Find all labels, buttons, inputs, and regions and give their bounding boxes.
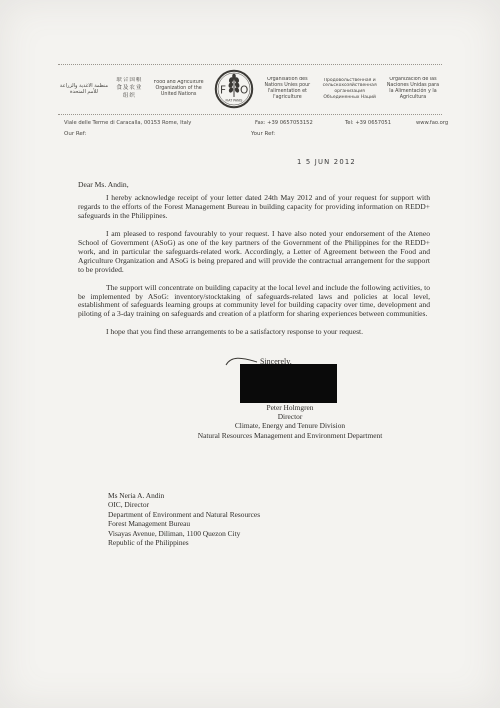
paragraph-1: I hereby acknowledge receipt of your let…	[78, 194, 430, 221]
letterhead-top-rule	[58, 64, 442, 65]
paragraph-3: The support will concentrate on building…	[78, 284, 430, 320]
your-ref-label: Your Ref:	[251, 131, 275, 137]
fao-letterhead: منظمة الأغذية والزراعة للأمم المتحدة 联合国…	[58, 66, 442, 112]
letter-body: Dear Ms. Andin, I hereby acknowledge rec…	[78, 181, 430, 346]
recipient-country: Republic of the Philippines	[108, 538, 260, 547]
recipient-address-block: Ms Neria A. Andin OIC, Director Departme…	[108, 491, 260, 547]
salutation: Dear Ms. Andin,	[78, 181, 430, 190]
fax-number: Fax: +39 0657053152	[255, 120, 313, 126]
website-url: www.fao.org	[416, 120, 448, 126]
received-date-stamp: 1 5 JUN 2012	[297, 158, 356, 166]
hq-address: Viale delle Terme di Caracalla, 00153 Ro…	[64, 120, 191, 126]
recipient-bureau: Forest Management Bureau	[108, 519, 260, 528]
seal-motto: FIAT PANIS	[226, 99, 243, 103]
paragraph-2: I am pleased to respond favourably to yo…	[78, 230, 430, 275]
recipient-name: Ms Neria A. Andin	[108, 491, 260, 500]
signature-block: Peter Holmgren Director Climate, Energy …	[140, 403, 440, 440]
reference-line: Our Ref: Your Ref:	[0, 131, 500, 141]
fao-seal-logo: F O FIAT PANIS	[212, 69, 256, 109]
seal-letter-o: O	[240, 85, 248, 97]
recipient-department: Department of Environment and Natural Re…	[108, 510, 260, 519]
letterhead-russian-text: Продовольственная и сельскохозяйственная…	[319, 78, 381, 101]
recipient-street: Visayas Avenue, Diliman, 1100 Quezon Cit…	[108, 529, 260, 538]
signer-department: Natural Resources Management and Environ…	[140, 431, 440, 440]
signer-division: Climate, Energy and Tenure Division	[140, 421, 440, 430]
redacted-signature-block	[240, 364, 337, 403]
contact-line: Viale delle Terme di Caracalla, 00153 Ro…	[0, 120, 500, 130]
letterhead-french-text: Organisation des Nations Unies pour l'al…	[259, 77, 315, 101]
letterhead-spanish-text: Organización de las Naciones Unidas para…	[384, 77, 442, 101]
recipient-title: OIC, Director	[108, 500, 260, 509]
signer-title: Director	[140, 412, 440, 421]
our-ref-label: Our Ref:	[64, 131, 86, 137]
letterhead-arabic-text: منظمة الأغذية والزراعة للأمم المتحدة	[58, 83, 110, 96]
fao-seal-icon: F O FIAT PANIS	[214, 69, 254, 109]
paragraph-4: I hope that you find these arrangements …	[78, 328, 430, 337]
seal-letter-f: F	[220, 85, 226, 97]
letterhead-english-text: Food and Agriculture Organization of the…	[149, 80, 209, 98]
letterhead-bottom-rule	[58, 114, 442, 115]
tel-number: Tel: +39 0657051	[345, 120, 391, 126]
letterhead-chinese-text: 联合国粮食及农业组织	[113, 77, 145, 100]
scanned-letter-page: منظمة الأغذية والزراعة للأمم المتحدة 联合国…	[0, 0, 500, 708]
signer-name: Peter Holmgren	[140, 403, 440, 412]
